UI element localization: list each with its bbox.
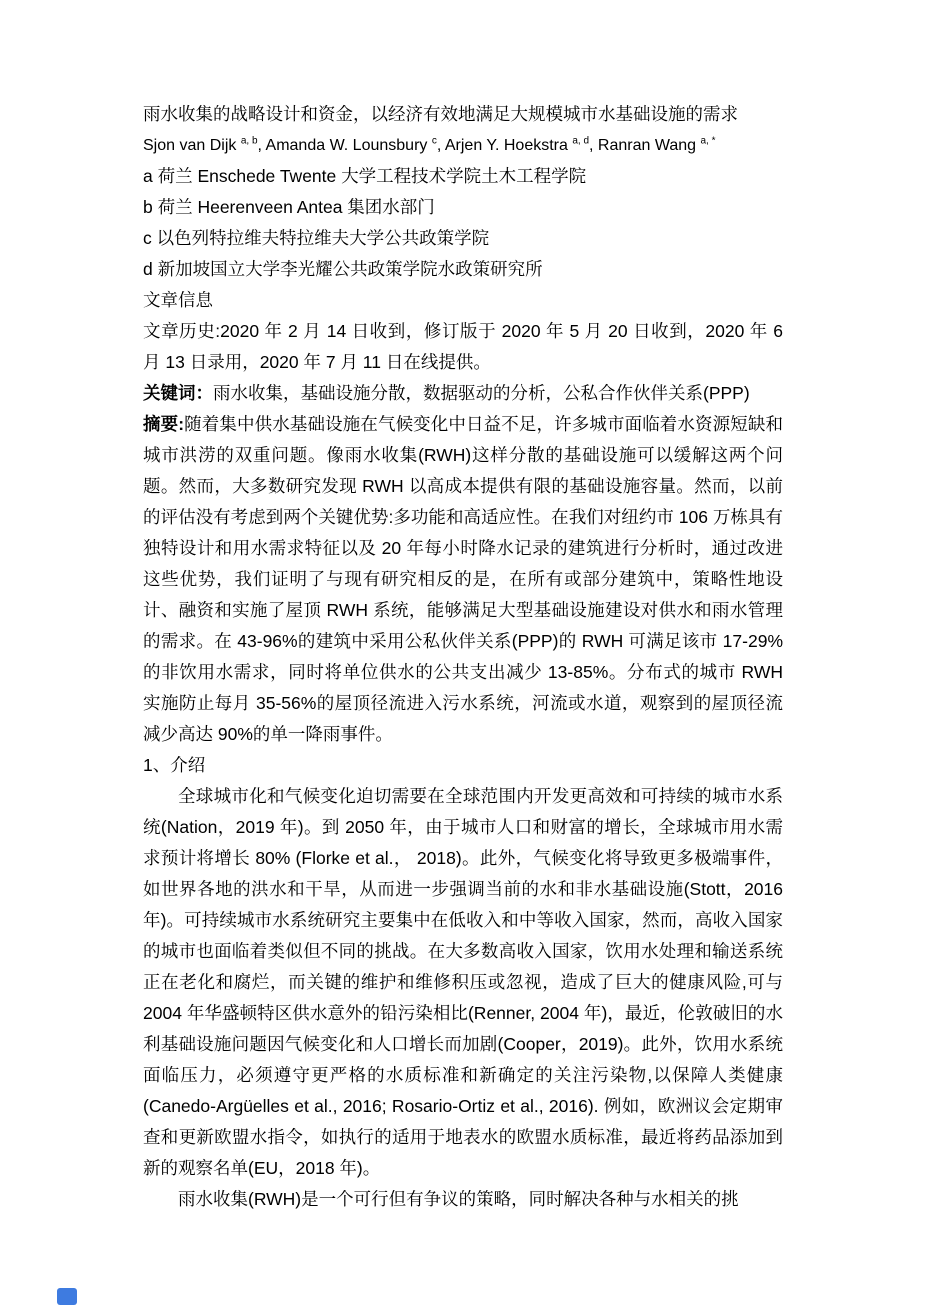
affiliation-c: c 以色列特拉维夫特拉维夫大学公共政策学院 (143, 223, 783, 254)
author-name: Amanda W. Lounsbury c (266, 137, 437, 154)
keywords-line: 关键词：雨水收集，基础设施分散，数据驱动的分析，公私合作伙伴关系(PPP) (143, 378, 783, 409)
author-line: Sjon van Dijk a, b, Amanda W. Lounsbury … (143, 130, 783, 161)
paper-title: 雨水收集的战略设计和资金，以经济有效地满足大规模城市水基础设施的需求 (143, 99, 783, 130)
author-name: Sjon van Dijk a, b (143, 137, 258, 154)
author-name: Arjen Y. Hoekstra a, d (445, 137, 589, 154)
abstract-paragraph: 摘要:随着集中供水基础设施在气候变化中日益不足，许多城市面临着水资源短缺和城市洪… (143, 409, 783, 750)
author-name: Ranran Wang a, * (598, 137, 716, 154)
abstract-label: 摘要: (143, 414, 184, 434)
article-history: 文章历史:2020 年 2 月 14 日收到，修订版于 2020 年 5 月 2… (143, 316, 783, 378)
keywords-label: 关键词： (143, 383, 213, 403)
affiliation-d: d 新加坡国立大学李光耀公共政策学院水政策研究所 (143, 254, 783, 285)
document-content: 雨水收集的战略设计和资金，以经济有效地满足大规模城市水基础设施的需求 Sjon … (143, 99, 783, 1215)
section-heading-introduction: 1、介绍 (143, 750, 783, 781)
document-page: 雨水收集的战略设计和资金，以经济有效地满足大规模城市水基础设施的需求 Sjon … (0, 0, 926, 1309)
affiliation-b: b 荷兰 Heerenveen Antea 集团水部门 (143, 192, 783, 223)
affiliation-a: a 荷兰 Enschede Twente 大学工程技术学院土木工程学院 (143, 161, 783, 192)
intro-paragraph-1: 全球城市化和气候变化迫切需要在全球范围内开发更高效和可持续的城市水系统(Nati… (143, 781, 783, 1184)
intro-paragraph-2: 雨水收集(RWH)是一个可行但有争议的策略，同时解决各种与水相关的挑 (143, 1184, 783, 1215)
blue-marker (57, 1288, 77, 1305)
article-info-heading: 文章信息 (143, 285, 783, 316)
keywords-text: 雨水收集，基础设施分散，数据驱动的分析，公私合作伙伴关系(PPP) (213, 383, 750, 403)
abstract-text: 随着集中供水基础设施在气候变化中日益不足，许多城市面临着水资源短缺和城市洪涝的双… (143, 414, 783, 744)
